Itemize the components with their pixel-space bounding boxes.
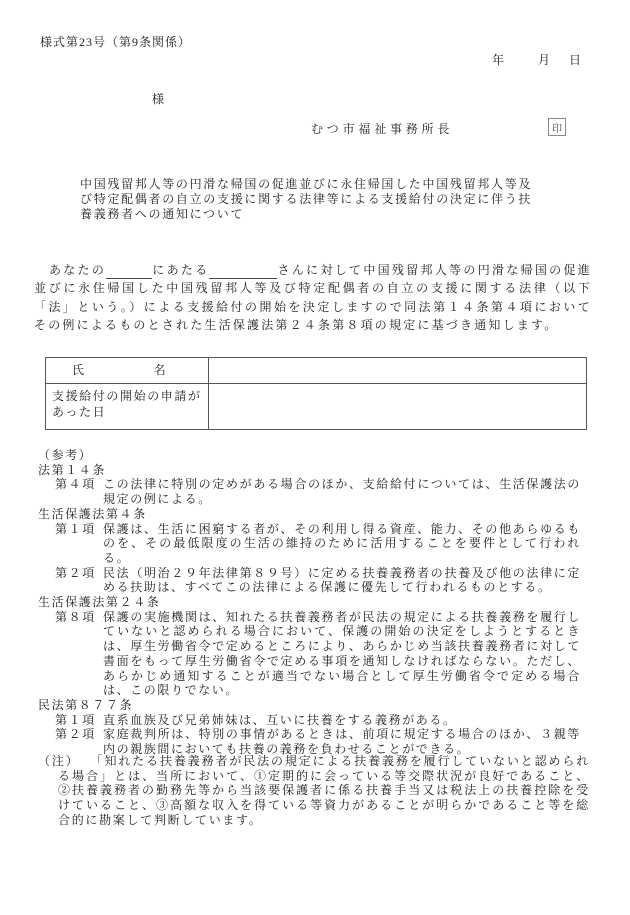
clause-text: 直系血族及び兄弟姉妹は、互いに扶養をする義務がある。 xyxy=(103,713,581,728)
reference-clause: 第１項 直系血族及び兄弟姉妹は、互いに扶養をする義務がある。 xyxy=(55,713,590,728)
day-label: 日 xyxy=(569,53,581,67)
clause-text: 保護の実施機関は、知れたる扶養義務者が民法の規定による扶養義務を履行していないと… xyxy=(103,610,581,698)
reference-clause: 第２項 家庭裁判所は、特別の事情があるときは、前項に規定する場合のほか、３親等内… xyxy=(55,727,590,756)
sender-title: むつ市福祉事務所長 xyxy=(311,120,453,137)
note-text: 「知れたる扶養義務者が民法の規定による扶養義務を履行していないと認められる場合」… xyxy=(58,754,590,827)
seal-icon: 印 xyxy=(548,118,566,136)
body-text-lead: あなたの xyxy=(49,263,106,277)
application-date-value-cell[interactable] xyxy=(209,384,587,430)
year-label: 年 xyxy=(492,53,504,67)
reference-clause: 第８項 保護の実施機関は、知れたる扶養義務者が民法の規定による扶養義務を履行して… xyxy=(55,610,590,698)
reference-heading: 民法第８７７条 xyxy=(38,698,590,713)
reference-heading: 法第１４条 xyxy=(38,463,590,478)
body-text-mid: にあたる xyxy=(152,263,209,277)
name-label-cell: 氏 名 xyxy=(46,358,209,384)
name-blank-field[interactable] xyxy=(209,265,277,279)
application-date-label-cell: 支援給付の開始の申請があった日 xyxy=(46,384,209,430)
recipient-honorific: 様 xyxy=(152,90,164,107)
month-label: 月 xyxy=(538,53,550,67)
body-paragraph: あなたのにあたるさんに対して中国残留邦人等の円滑な帰国の促進並びに永住帰国した中… xyxy=(34,261,592,335)
name-value-cell[interactable] xyxy=(209,358,587,384)
document-title: 中国残留邦人等の円滑な帰国の促進並びに永住帰国した中国残留邦人等及 び特定配偶者… xyxy=(80,177,560,222)
table-row: 氏 名 xyxy=(46,358,587,384)
clause-text: 保護は、生活に困窮する者が、その利用し得る資産、能力、その他あらゆるものを、その… xyxy=(103,522,581,566)
reference-clause: 第２項 民法（明治２９年法律第８９号）に定める扶養義務者の扶養及び他の法律に定め… xyxy=(55,566,590,595)
clause-number: 第８項 xyxy=(55,610,103,698)
clause-number: 第１項 xyxy=(55,713,103,728)
notification-table: 氏 名 支援給付の開始の申請があった日 xyxy=(45,357,587,430)
clause-text: この法律に特別の定めがある場合のほか、支給給付については、生活保護法の規定の例に… xyxy=(103,477,581,506)
reference-section: （参考） 法第１４条 第４項 この法律に特別の定めがある場合のほか、支給給付につ… xyxy=(38,448,590,757)
reference-label: （参考） xyxy=(38,448,590,463)
relation-blank-field[interactable] xyxy=(106,265,152,279)
note-label: （注） xyxy=(38,754,80,768)
document-title-line: 中国残留邦人等の円滑な帰国の促進並びに永住帰国した中国残留邦人等及 xyxy=(80,177,560,192)
reference-clause: 第４項 この法律に特別の定めがある場合のほか、支給給付については、生活保護法の規… xyxy=(55,477,590,506)
note-section: （注）「知れたる扶養義務者が民法の規定による扶養義務を履行していないと認められる… xyxy=(38,754,590,828)
clause-number: 第２項 xyxy=(55,727,103,756)
table-row: 支援給付の開始の申請があった日 xyxy=(46,384,587,430)
clause-number: 第１項 xyxy=(55,522,103,566)
document-title-line: 養義務者への通知について xyxy=(80,207,560,222)
reference-clause: 第１項 保護は、生活に困窮する者が、その利用し得る資産、能力、その他あらゆるもの… xyxy=(55,522,590,566)
clause-text: 家庭裁判所は、特別の事情があるときは、前項に規定する場合のほか、３親等内の親族間… xyxy=(103,727,581,756)
form-number: 様式第23号（第9条関係） xyxy=(40,33,191,50)
reference-heading: 生活保護法第２４条 xyxy=(38,595,590,610)
clause-number: 第４項 xyxy=(55,477,103,506)
reference-heading: 生活保護法第４条 xyxy=(38,507,590,522)
date-line: 年月日 xyxy=(492,51,581,68)
clause-text: 民法（明治２９年法律第８９号）に定める扶養義務者の扶養及び他の法律に定める扶助は… xyxy=(103,566,581,595)
document-title-line: び特定配偶者の自立の支援に関する法律等による支援給付の決定に伴う扶 xyxy=(80,192,560,207)
document-page: 様式第23号（第9条関係） 年月日 様 むつ市福祉事務所長 印 中国残留邦人等の… xyxy=(0,0,630,915)
clause-number: 第２項 xyxy=(55,566,103,595)
